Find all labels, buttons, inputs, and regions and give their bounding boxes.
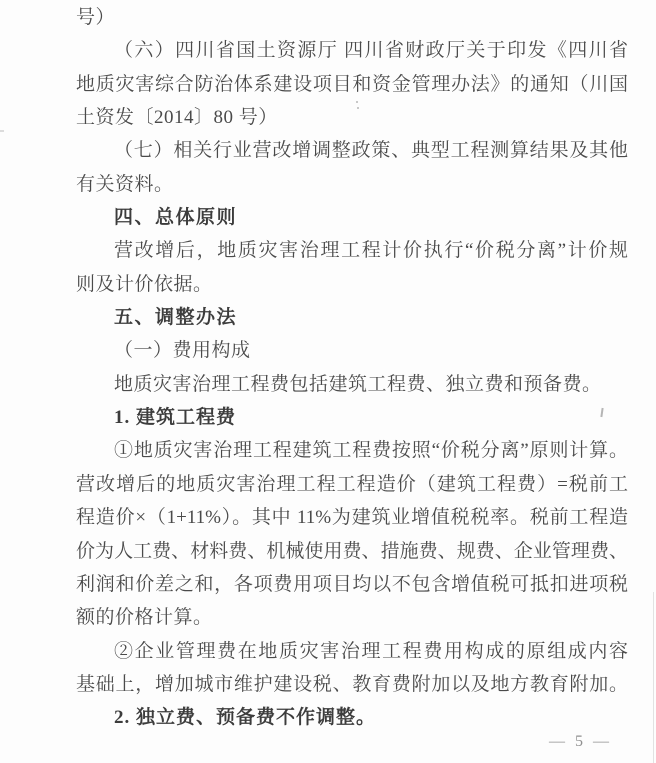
scan-speck	[357, 107, 359, 109]
text-line: （六）四川省国土资源厅 四川省财政厅关于印发《四川省	[76, 34, 628, 67]
scan-speck	[356, 101, 358, 103]
text-line: 号）	[76, 1, 628, 34]
text-line: 土资发〔2014〕80 号）	[76, 101, 628, 134]
subheading-line: 2. 独立费、预备费不作调整。	[76, 701, 628, 734]
text-line: 地质灾害治理工程费包括建筑工程费、独立费和预备费。	[76, 368, 628, 401]
text-line: 程造价×（1+11%）。其中 11%为建筑业增值税税率。税前工程造	[76, 501, 628, 534]
page-number: — 5 —	[549, 733, 612, 751]
text-line: 基础上，增加城市维护建设税、教育费附加以及地方教育附加。	[76, 668, 628, 701]
text-line: 利润和价差之和，各项费用项目均以不包含增值税可抵扣进项税	[76, 568, 628, 601]
text-block: 号）（六）四川省国土资源厅 四川省财政厅关于印发《四川省地质灾害综合防治体系建设…	[76, 1, 628, 735]
text-line: ①地质灾害治理工程建筑工程费按照“价税分离”原则计算。	[76, 434, 628, 467]
text-line: 则及计价依据。	[76, 268, 628, 301]
document-page: 号）（六）四川省国土资源厅 四川省财政厅关于印发《四川省地质灾害综合防治体系建设…	[0, 0, 656, 763]
text-line: 营改增后，地质灾害治理工程计价执行“价税分离”计价规	[76, 234, 628, 267]
text-line: 地质灾害综合防治体系建设项目和资金管理办法》的通知（川国	[76, 68, 628, 101]
text-line: 有关资料。	[76, 168, 628, 201]
text-line: ②企业管理费在地质灾害治理工程费用构成的原组成内容	[76, 635, 628, 668]
heading-line: 五、调整办法	[76, 301, 628, 334]
text-line: 额的价格计算。	[76, 601, 628, 634]
scan-speck	[0, 130, 4, 132]
scan-edge-shadow	[653, 592, 654, 763]
heading-line: 四、总体原则	[76, 201, 628, 234]
subheading-line: 1. 建筑工程费	[76, 401, 628, 434]
text-line: 价为人工费、材料费、机械使用费、措施费、规费、企业管理费、	[76, 535, 628, 568]
text-line: 营改增后的地质灾害治理工程工程造价（建筑工程费）=税前工	[76, 468, 628, 501]
text-line: （七）相关行业营改增调整政策、典型工程测算结果及其他	[76, 134, 628, 167]
text-line: （一）费用构成	[76, 334, 628, 367]
